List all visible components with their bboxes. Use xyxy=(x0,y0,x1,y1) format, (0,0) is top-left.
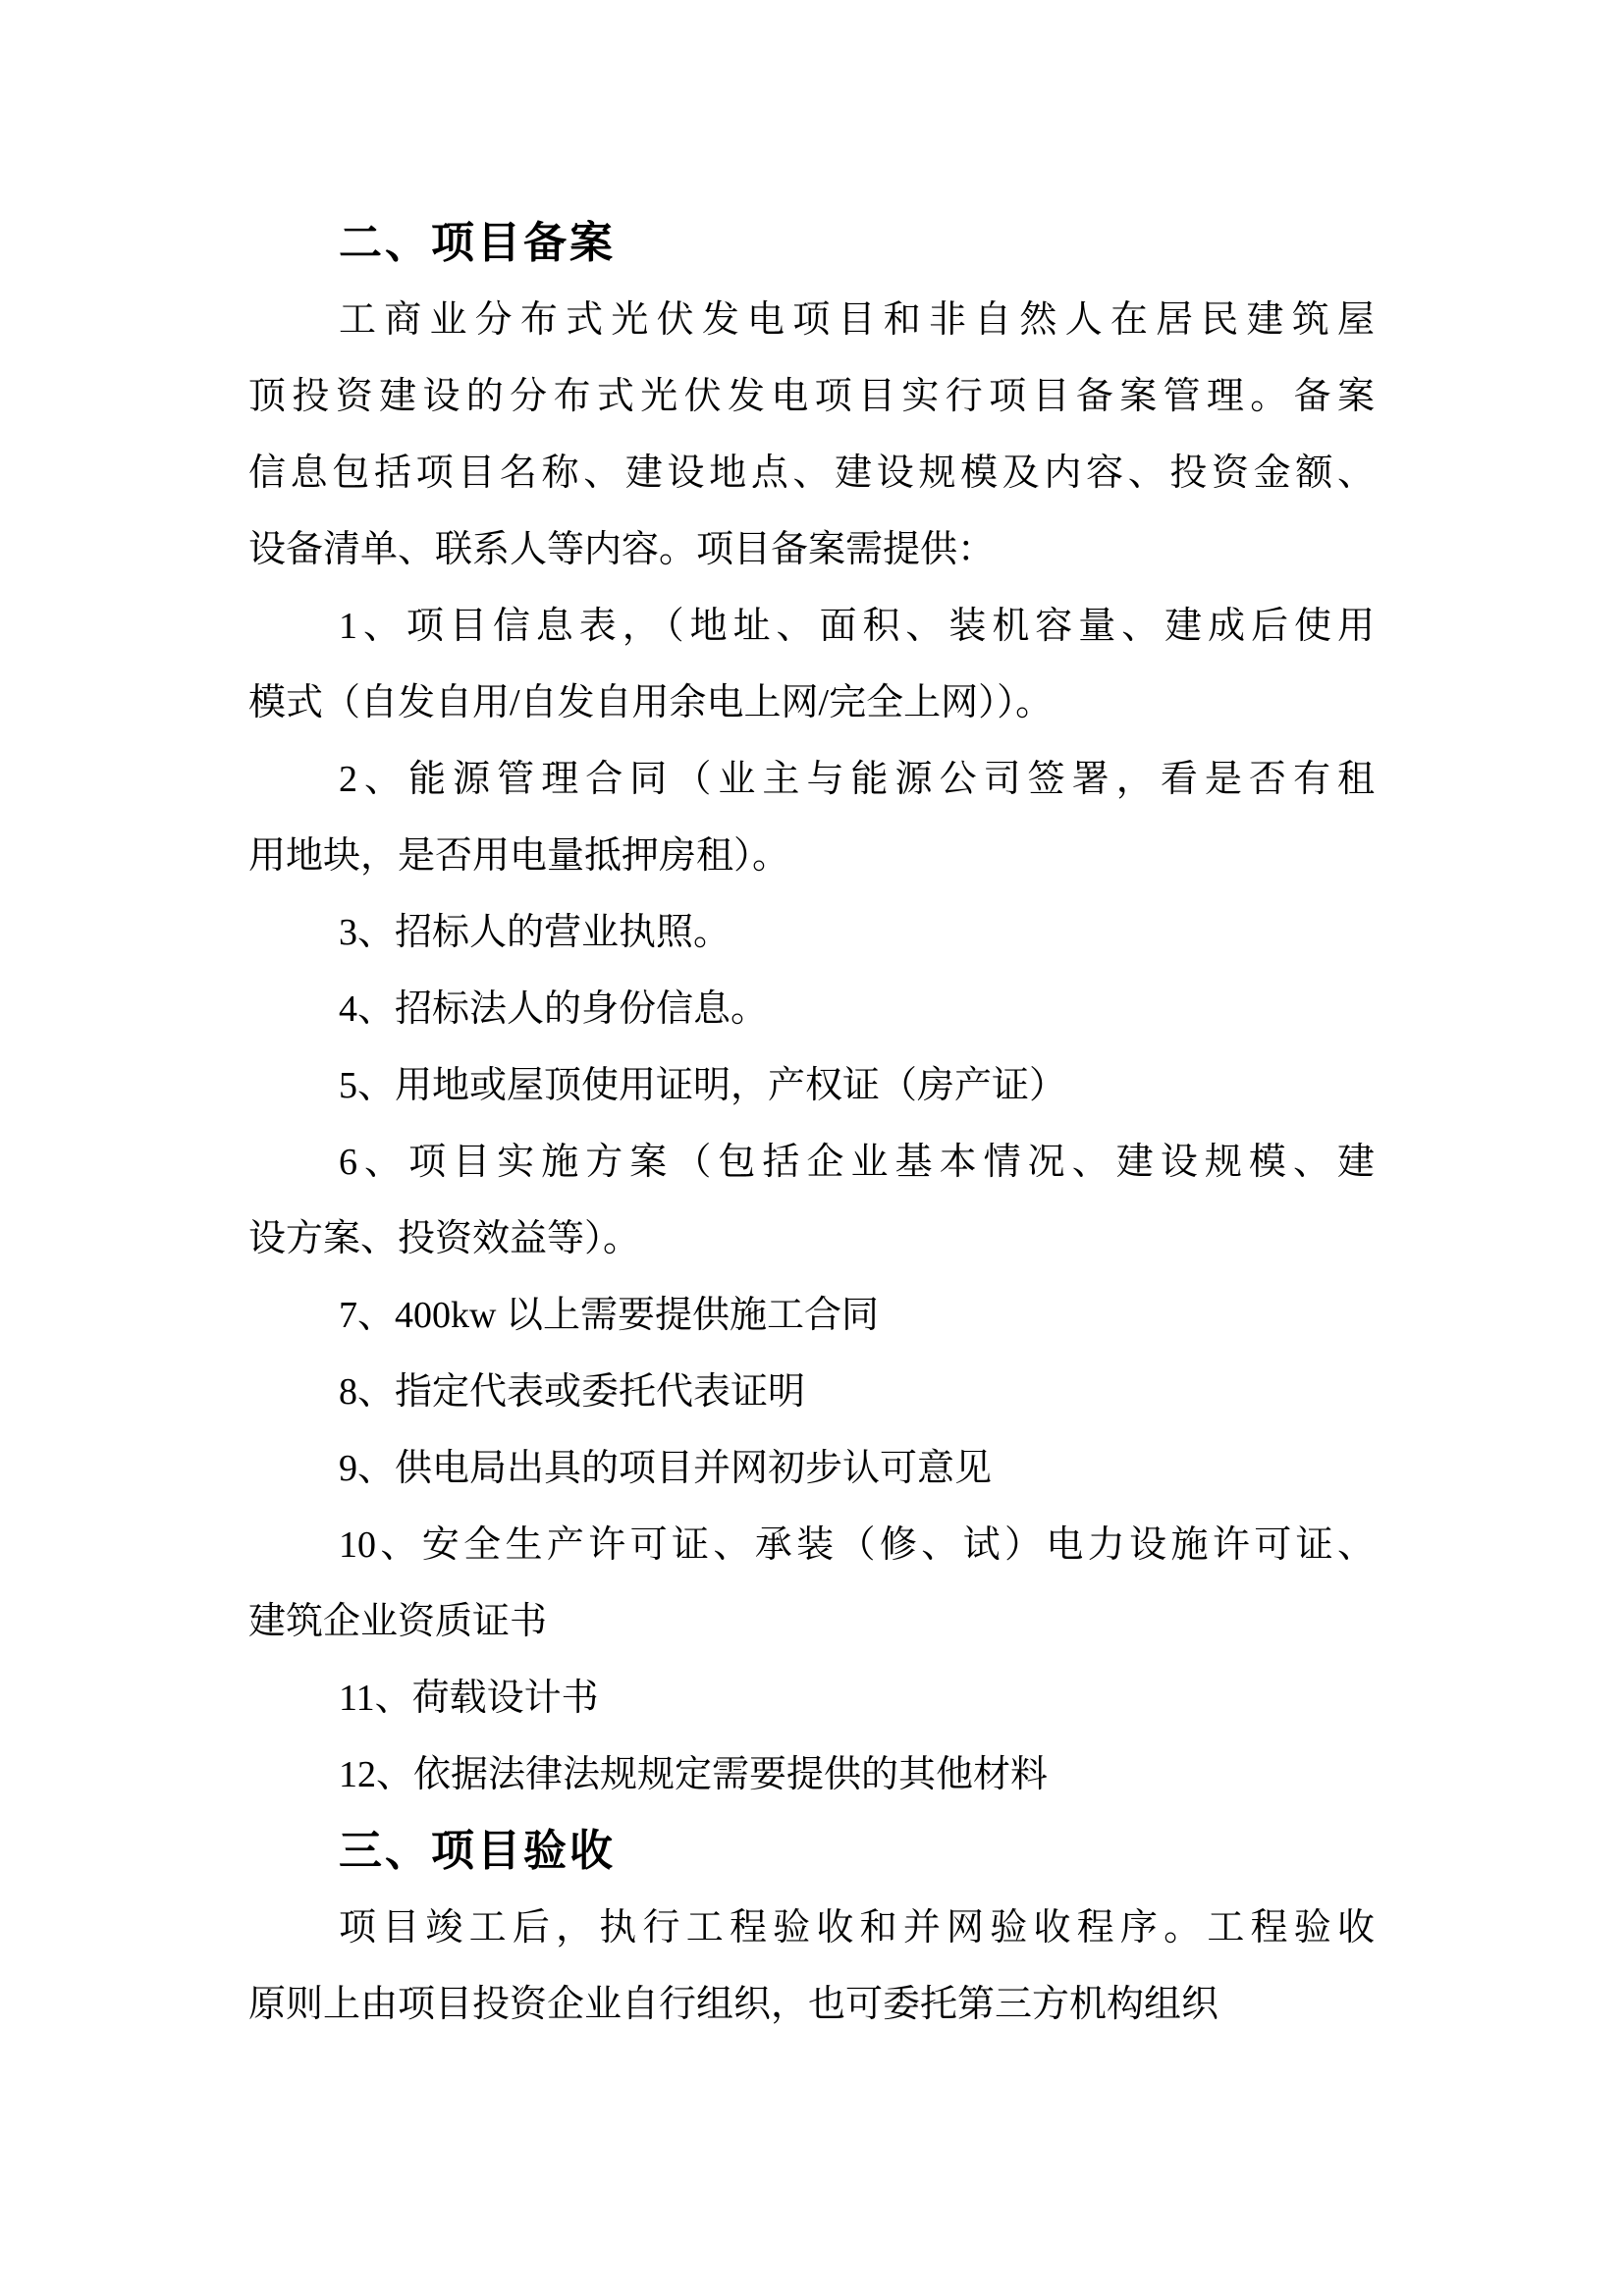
acceptance-intro-line-1: 项目竣工后，执行工程验收和并网验收程序。工程验收 xyxy=(248,1890,1375,1966)
list-item-2-line-1: 2、能源管理合同（业主与能源公司签署，看是否有租 xyxy=(248,741,1375,818)
list-item-2-line-2: 用地块，是否用电量抵押房租）。 xyxy=(248,818,1375,894)
filing-intro-line-3: 信息包括项目名称、建设地点、建设规模及内容、投资金额、 xyxy=(248,435,1375,511)
list-item-9: 9、供电局出具的项目并网初步认可意见 xyxy=(248,1430,1375,1507)
list-item-10-line-2: 建筑企业资质证书 xyxy=(248,1583,1375,1660)
acceptance-intro-line-2: 原则上由项目投资企业自行组织，也可委托第三方机构组织 xyxy=(248,1966,1375,2043)
list-item-12: 12、依据法律法规规定需要提供的其他材料 xyxy=(248,1736,1375,1813)
list-item-6-line-2: 设方案、投资效益等）。 xyxy=(248,1201,1375,1277)
document-text-block: 二、项目备案 工商业分布式光伏发电项目和非自然人在居民建筑屋 顶投资建设的分布式… xyxy=(248,205,1375,2043)
section-heading-project-filing: 二、项目备案 xyxy=(248,205,1375,282)
list-item-5: 5、用地或屋顶使用证明，产权证（房产证） xyxy=(248,1047,1375,1124)
section-heading-project-acceptance: 三、项目验收 xyxy=(248,1813,1375,1890)
list-item-1-line-1: 1、项目信息表，（地址、面积、装机容量、建成后使用 xyxy=(248,588,1375,665)
filing-intro-line-2: 顶投资建设的分布式光伏发电项目实行项目备案管理。备案 xyxy=(248,358,1375,435)
list-item-4: 4、招标法人的身份信息。 xyxy=(248,971,1375,1047)
list-item-11: 11、荷载设计书 xyxy=(248,1660,1375,1736)
document-page: 二、项目备案 工商业分布式光伏发电项目和非自然人在居民建筑屋 顶投资建设的分布式… xyxy=(0,0,1624,2296)
list-item-10-line-1: 10、安全生产许可证、承装（修、试）电力设施许可证、 xyxy=(248,1507,1375,1583)
list-item-6-line-1: 6、项目实施方案（包括企业基本情况、建设规模、建 xyxy=(248,1124,1375,1201)
list-item-8: 8、指定代表或委托代表证明 xyxy=(248,1354,1375,1430)
list-item-7: 7、400kw 以上需要提供施工合同 xyxy=(248,1277,1375,1354)
filing-intro-line-1: 工商业分布式光伏发电项目和非自然人在居民建筑屋 xyxy=(248,282,1375,358)
filing-intro-line-4: 设备清单、联系人等内容。项目备案需提供： xyxy=(248,511,1375,588)
list-item-1-line-2: 模式（自发自用/自发自用余电上网/完全上网））。 xyxy=(248,665,1375,741)
list-item-3: 3、招标人的营业执照。 xyxy=(248,894,1375,971)
